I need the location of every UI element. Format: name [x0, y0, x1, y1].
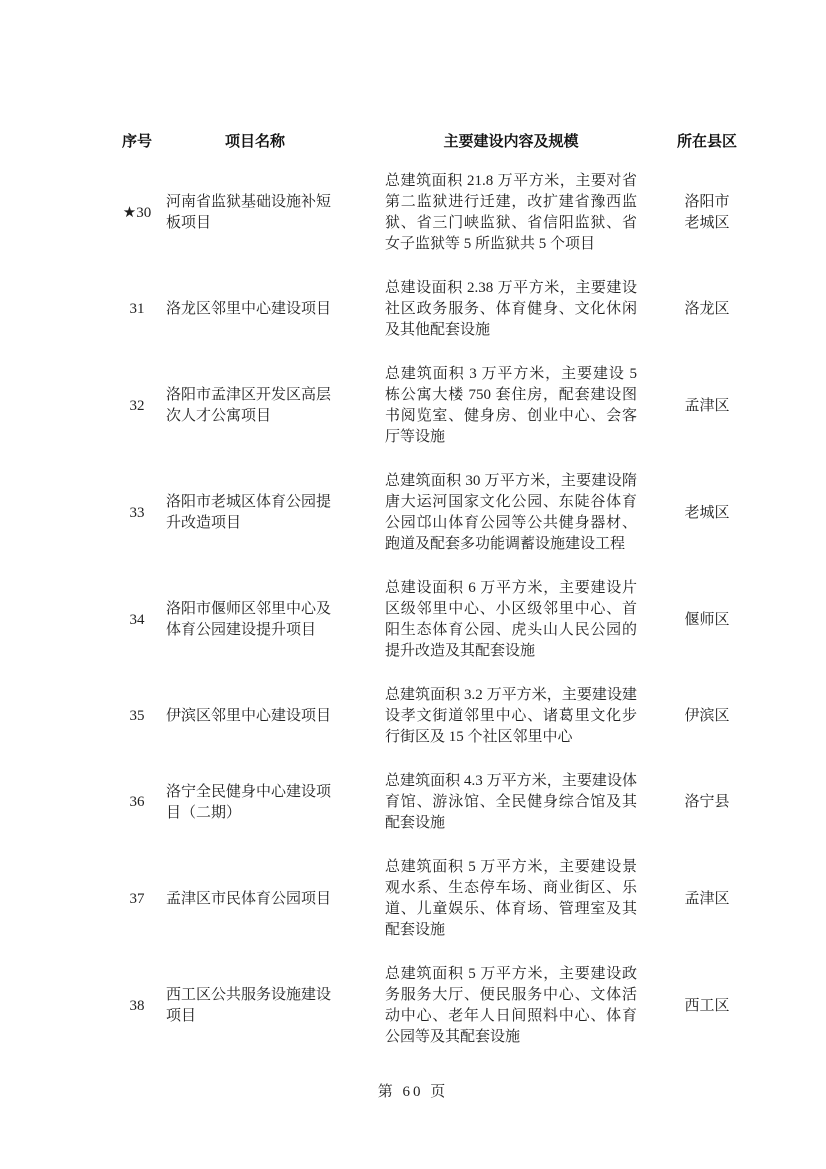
cell-project-name: 洛阳市偃师区邻里中心及体育公园建设提升项目 [166, 599, 344, 641]
cell-content-scale: 总建设面积 2.38 万平方米，主要建设社区政务服务、体育健身、文化休闲及其他配… [385, 278, 637, 341]
cell-content-scale: 总建筑面积 5 万平方米，主要建设政务服务大厅、便民服务中心、文体活动中心、老年… [385, 964, 637, 1048]
cell-number: 36 [108, 792, 166, 813]
table-row: 34 洛阳市偃师区邻里中心及体育公园建设提升项目 总建设面积 6 万平方米，主要… [108, 578, 748, 662]
cell-number: 38 [108, 996, 166, 1017]
cell-project-name: 孟津区市民体育公园项目 [166, 889, 344, 910]
cell-district: 孟津区 [667, 396, 747, 417]
projects-table: 序号 项目名称 主要建设内容及规模 所在县区 ★30 河南省监狱基础设施补短板项… [108, 132, 748, 1071]
cell-project-name: 洛宁全民健身中心建设项目（二期） [166, 782, 344, 824]
cell-number: 34 [108, 610, 166, 631]
cell-district: 老城区 [667, 503, 747, 524]
cell-district: 伊滨区 [667, 706, 747, 727]
district-text: 洛龙区 [684, 299, 729, 320]
header-cell-district: 所在县区 [667, 132, 747, 153]
table-row: 33 洛阳市老城区体育公园提升改造项目 总建筑面积 30 万平方米，主要建设隋唐… [108, 471, 748, 555]
cell-number: 32 [108, 396, 166, 417]
table-row: 37 孟津区市民体育公园项目 总建筑面积 5 万平方米，主要建设景观水系、生态停… [108, 857, 748, 941]
table-row: ★30 河南省监狱基础设施补短板项目 总建筑面积 21.8 万平方米，主要对省第… [108, 171, 748, 255]
table-row: 32 洛阳市孟津区开发区高层次人才公寓项目 总建筑面积 3 万平方米，主要建设 … [108, 364, 748, 448]
table-row: 38 西工区公共服务设施建设项目 总建筑面积 5 万平方米，主要建设政务服务大厅… [108, 964, 748, 1048]
district-text: 西工区 [684, 996, 729, 1017]
district-text: 孟津区 [684, 889, 729, 910]
cell-content-scale: 总建筑面积 21.8 万平方米，主要对省第二监狱进行迁建，改扩建省豫西监狱、省三… [385, 171, 637, 255]
cell-content-scale: 总建筑面积 30 万平方米，主要建设隋唐大运河国家文化公园、东陡谷体育公园邙山体… [385, 471, 637, 555]
header-cell-project-name: 项目名称 [166, 132, 344, 153]
cell-number: 37 [108, 889, 166, 910]
cell-content-scale: 总建筑面积 3 万平方米，主要建设 5 栋公寓大楼 750 套住房，配套建设图书… [385, 364, 637, 448]
cell-content-scale: 总建筑面积 5 万平方米，主要建设景观水系、生态停车场、商业街区、乐道、儿童娱乐… [385, 857, 637, 941]
cell-project-name: 河南省监狱基础设施补短板项目 [166, 192, 344, 234]
district-text: 洛阳市老城区 [682, 192, 732, 234]
header-cell-number: 序号 [108, 132, 166, 153]
cell-project-name: 伊滨区邻里中心建设项目 [166, 706, 344, 727]
district-text: 洛宁县 [684, 792, 729, 813]
cell-district: 洛龙区 [667, 299, 747, 320]
cell-number: 31 [108, 299, 166, 320]
cell-number: ★30 [108, 203, 166, 224]
document-page: 序号 项目名称 主要建设内容及规模 所在县区 ★30 河南省监狱基础设施补短板项… [0, 0, 826, 1169]
page-number-footer: 第 60 页 [0, 1080, 826, 1101]
cell-district: 西工区 [667, 996, 747, 1017]
cell-project-name: 洛阳市老城区体育公园提升改造项目 [166, 492, 344, 534]
district-text: 老城区 [684, 503, 729, 524]
cell-content-scale: 总建筑面积 4.3 万平方米，主要建设体育馆、游泳馆、全民健身综合馆及其配套设施 [385, 771, 637, 834]
cell-content-scale: 总建筑面积 3.2 万平方米，主要建设建设孝文街道邻里中心、诸葛里文化步行街区及… [385, 685, 637, 748]
header-cell-content-scale: 主要建设内容及规模 [385, 132, 637, 153]
cell-project-name: 西工区公共服务设施建设项目 [166, 985, 344, 1027]
table-row: 31 洛龙区邻里中心建设项目 总建设面积 2.38 万平方米，主要建设社区政务服… [108, 278, 748, 341]
cell-project-name: 洛阳市孟津区开发区高层次人才公寓项目 [166, 385, 344, 427]
district-text: 孟津区 [684, 396, 729, 417]
cell-district: 洛阳市老城区 [667, 192, 747, 234]
cell-project-name: 洛龙区邻里中心建设项目 [166, 299, 344, 320]
table-row: 36 洛宁全民健身中心建设项目（二期） 总建筑面积 4.3 万平方米，主要建设体… [108, 771, 748, 834]
cell-content-scale: 总建设面积 6 万平方米，主要建设片区级邻里中心、小区级邻里中心、首阳生态体育公… [385, 578, 637, 662]
cell-district: 孟津区 [667, 889, 747, 910]
district-text: 伊滨区 [684, 706, 729, 727]
table-row: 35 伊滨区邻里中心建设项目 总建筑面积 3.2 万平方米，主要建设建设孝文街道… [108, 685, 748, 748]
table-header-row: 序号 项目名称 主要建设内容及规模 所在县区 [108, 132, 748, 153]
cell-number: 33 [108, 503, 166, 524]
cell-number: 35 [108, 706, 166, 727]
cell-district: 洛宁县 [667, 792, 747, 813]
district-text: 偃师区 [684, 610, 729, 631]
cell-district: 偃师区 [667, 610, 747, 631]
